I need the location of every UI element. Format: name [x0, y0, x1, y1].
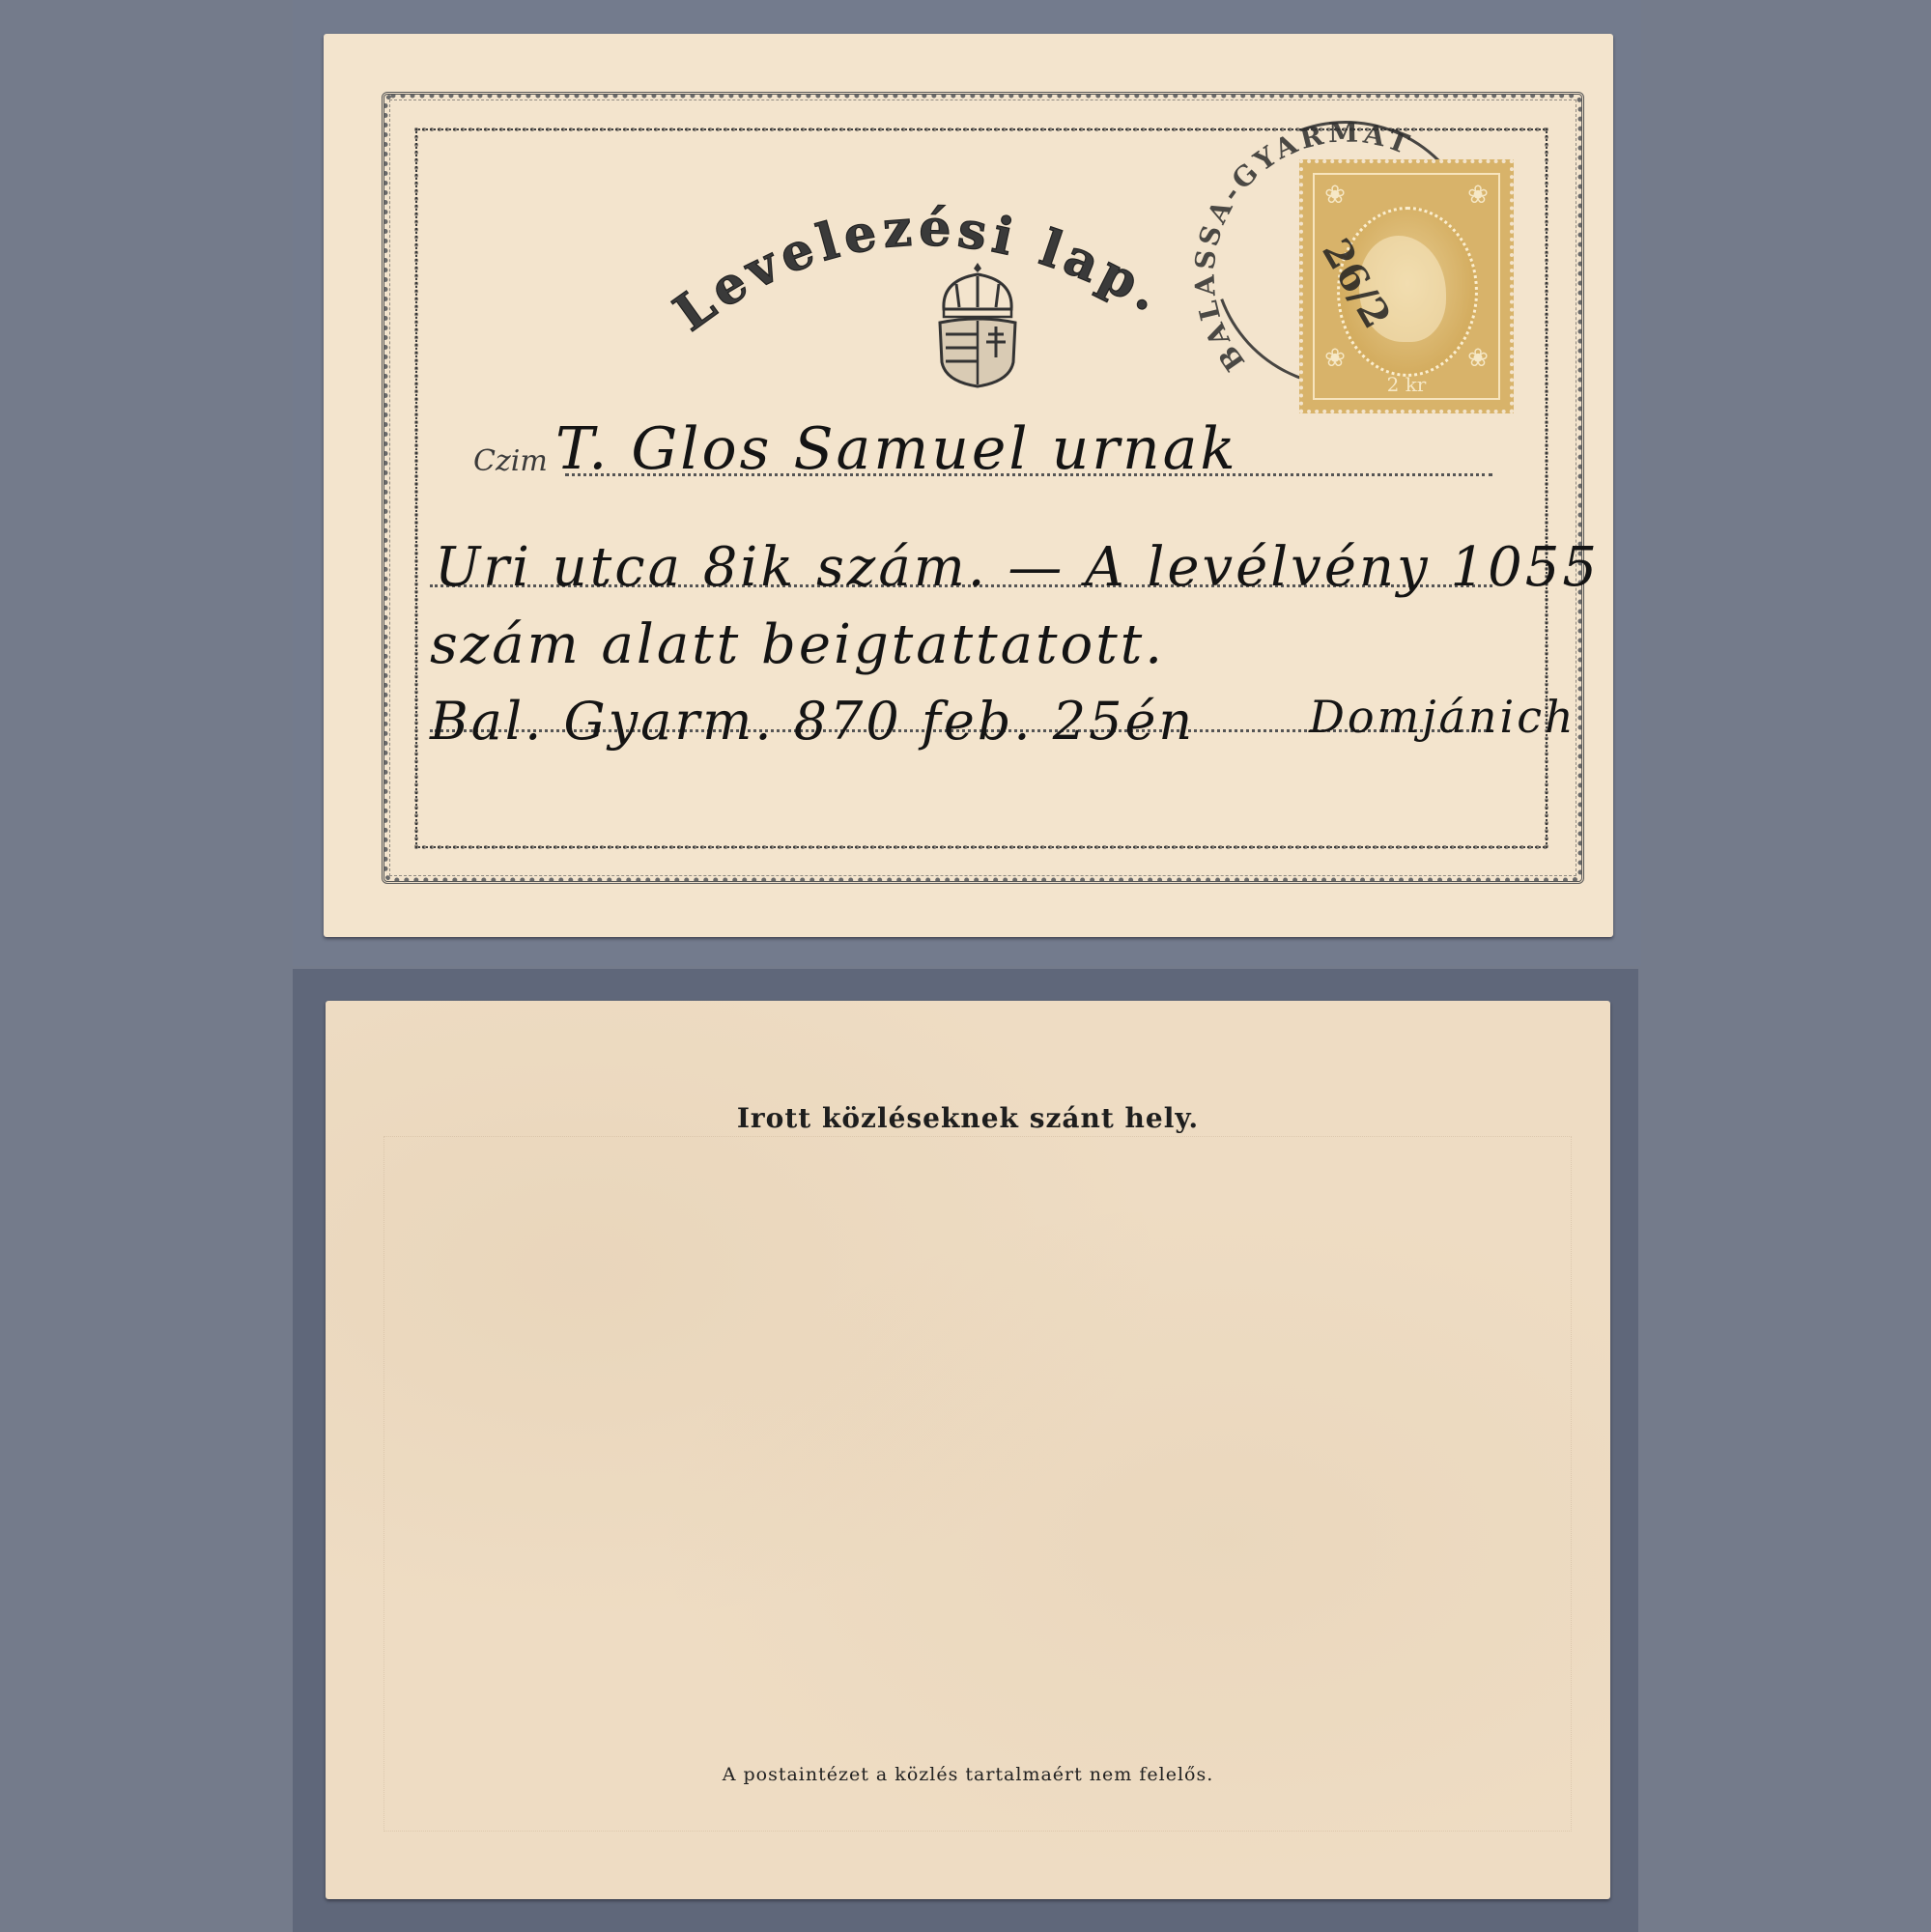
stamp-ornament-icon: ❀ [1462, 342, 1494, 375]
handwritten-signature: Domjánich [1309, 691, 1576, 743]
handwritten-place-date: Bal. Gyarm. 870 feb. 25én [430, 691, 1195, 752]
handwritten-line: Uri utca 8ik szám. — A levélvény 1055 [435, 536, 1600, 599]
address-label: Czim [473, 444, 548, 478]
handwritten-line: szám alatt beigtattatott. [430, 613, 1165, 676]
postcard-back: Irott közléseknek szánt hely. A postaint… [326, 1001, 1610, 1899]
back-disclaimer: A postaintézet a közlés tartalmaért nem … [326, 1764, 1610, 1785]
postcard-front: Levelezési lap. BALASSA-GYARMAT ❀ ❀ ❀ ❀ … [324, 34, 1613, 937]
faint-writing-area [383, 1136, 1572, 1832]
stamp-ornament-icon: ❀ [1319, 342, 1351, 375]
stamp-ornament-icon: ❀ [1319, 179, 1351, 212]
stamp-value: 2 kr [1303, 373, 1510, 396]
back-title: Irott közléseknek szánt hely. [326, 1102, 1610, 1134]
stamp-ornament-icon: ❀ [1462, 179, 1494, 212]
handwritten-recipient: T. Glos Samuel urnak [555, 415, 1238, 483]
hungarian-coat-of-arms-icon [932, 261, 1024, 391]
